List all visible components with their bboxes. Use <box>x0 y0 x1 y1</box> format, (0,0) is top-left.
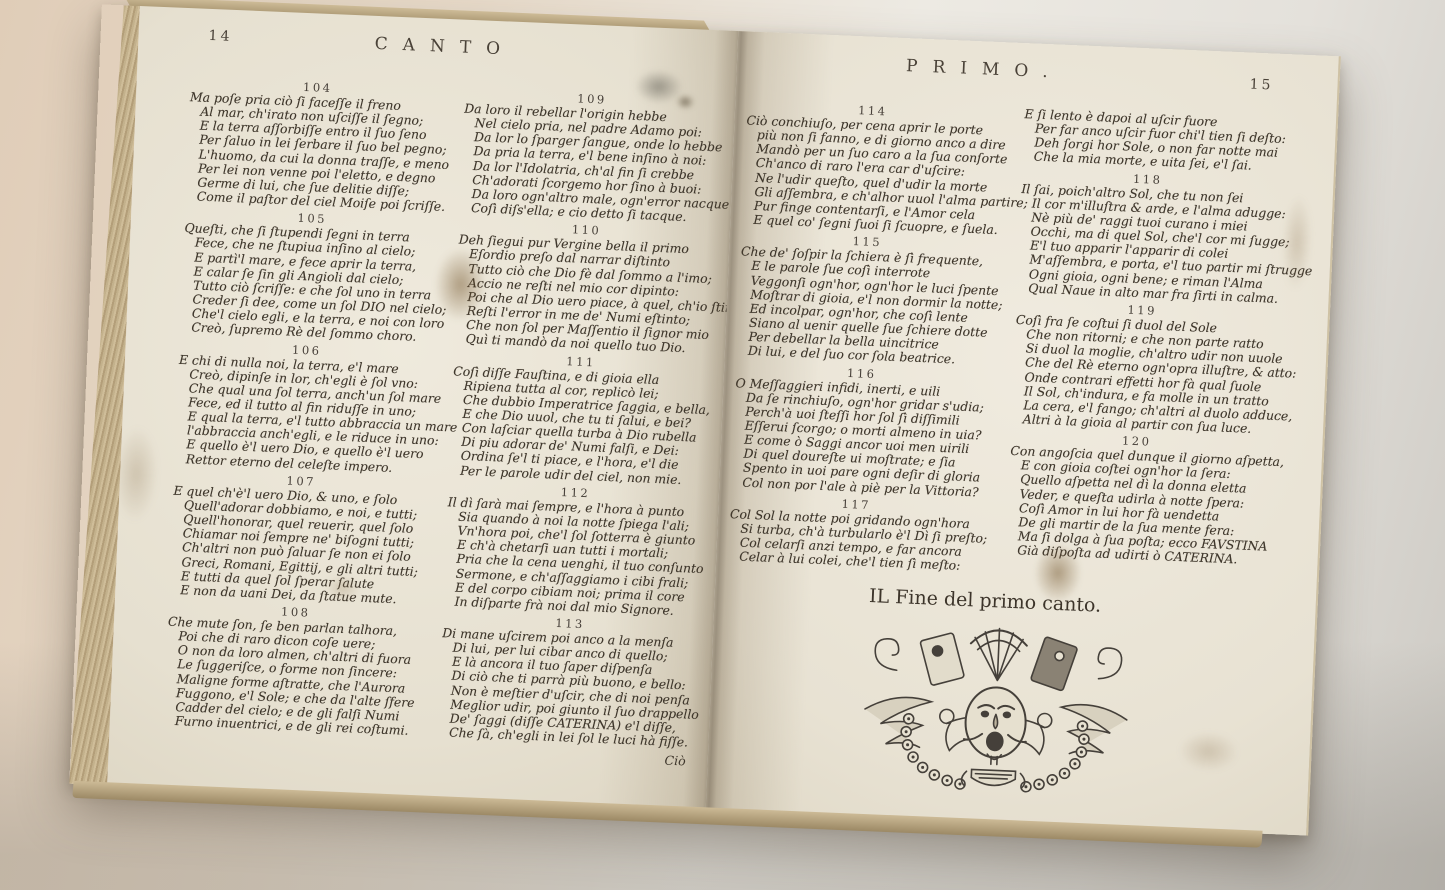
stanza: E ſi lento è dapoi al uſcir fuorePer far… <box>1022 107 1276 174</box>
verse-column: 104Ma poſe pria ciò ſi faceſſe il frenoA… <box>163 72 446 757</box>
left-page: 14 CANTO 104Ma poſe pria ciò ſi faceſſe … <box>107 6 738 810</box>
verse-column: 109Da loro il rebellar l'origin hebbeNel… <box>437 84 720 769</box>
stanza: 111Coſì diſſe Fauſtina, e di gioia ellaR… <box>449 349 709 488</box>
stanza: 107E quel ch'è'l uero Dio, & uno, e ſolo… <box>169 469 429 608</box>
stanza: 117Col Sol la notte poi gridando ogn'hor… <box>728 492 982 574</box>
verse-column: E ſi lento è dapoi al uſcir fuorePer far… <box>1005 107 1276 587</box>
stanza: 119Coſì fra ſe coſtui ſi duol del SoleCh… <box>1012 298 1269 437</box>
grotesque-mask-tailpiece-ornament <box>848 617 1145 801</box>
right-page-columns: 114Ciò conchiuſo, per cena aprir le port… <box>716 95 1336 590</box>
stanza: 109Da loro il rebellar l'origin hebbeNel… <box>460 87 720 226</box>
stanza: 108Che mute ſon, ſe ben parlan talhora,P… <box>164 600 424 739</box>
stanza: 115Che de' ſoſpir la ſchiera è ſì freque… <box>737 230 994 369</box>
stanza: 104Ma poſe pria ciò ſi faceſſe il frenoA… <box>186 75 446 214</box>
left-page-columns: 104Ma poſe pria ciò ſi faceſſe il frenoA… <box>109 70 736 770</box>
stanza: 116O Meſſaggieri infidi, inerti, e uiliD… <box>731 361 988 500</box>
stanza: 120Con angoſcia quel dunque il giorno aſ… <box>1006 429 1263 568</box>
stanza: 110Deh ſiegui pur Vergine bella il primo… <box>454 218 714 357</box>
left-running-title: CANTO <box>138 24 737 69</box>
stain <box>1178 730 1240 772</box>
right-page-number: 15 <box>1249 77 1273 94</box>
verse-column: 114Ciò conchiuſo, per cena aprir le port… <box>728 95 999 575</box>
photo-background: 14 CANTO 104Ma poſe pria ciò ſi faceſſe … <box>0 0 1445 890</box>
stanza: 118Il ſai, poich'altro Sol, che tu non ſ… <box>1017 167 1274 306</box>
right-running-title: PRIMO. <box>737 49 1218 89</box>
stanza: 112Il dì ſarà mai ſempre, e l'hora à pun… <box>443 480 703 619</box>
right-page: PRIMO. 15 114Ciò conchiuſo, per cena apr… <box>706 31 1341 836</box>
stanza: 113Di mane uſcirem poi anco a la menſaDi… <box>438 611 698 750</box>
open-book: 14 CANTO 104Ma poſe pria ciò ſi faceſſe … <box>69 4 1341 835</box>
stanza: 106E chi di nulla noi, la terra, e'l mar… <box>175 337 435 476</box>
stanza: 114Ciò conchiuſo, per cena aprir le port… <box>742 98 999 237</box>
stanza: 105Queſti, che ſi ſtupendi ſegni in terr… <box>180 206 440 345</box>
